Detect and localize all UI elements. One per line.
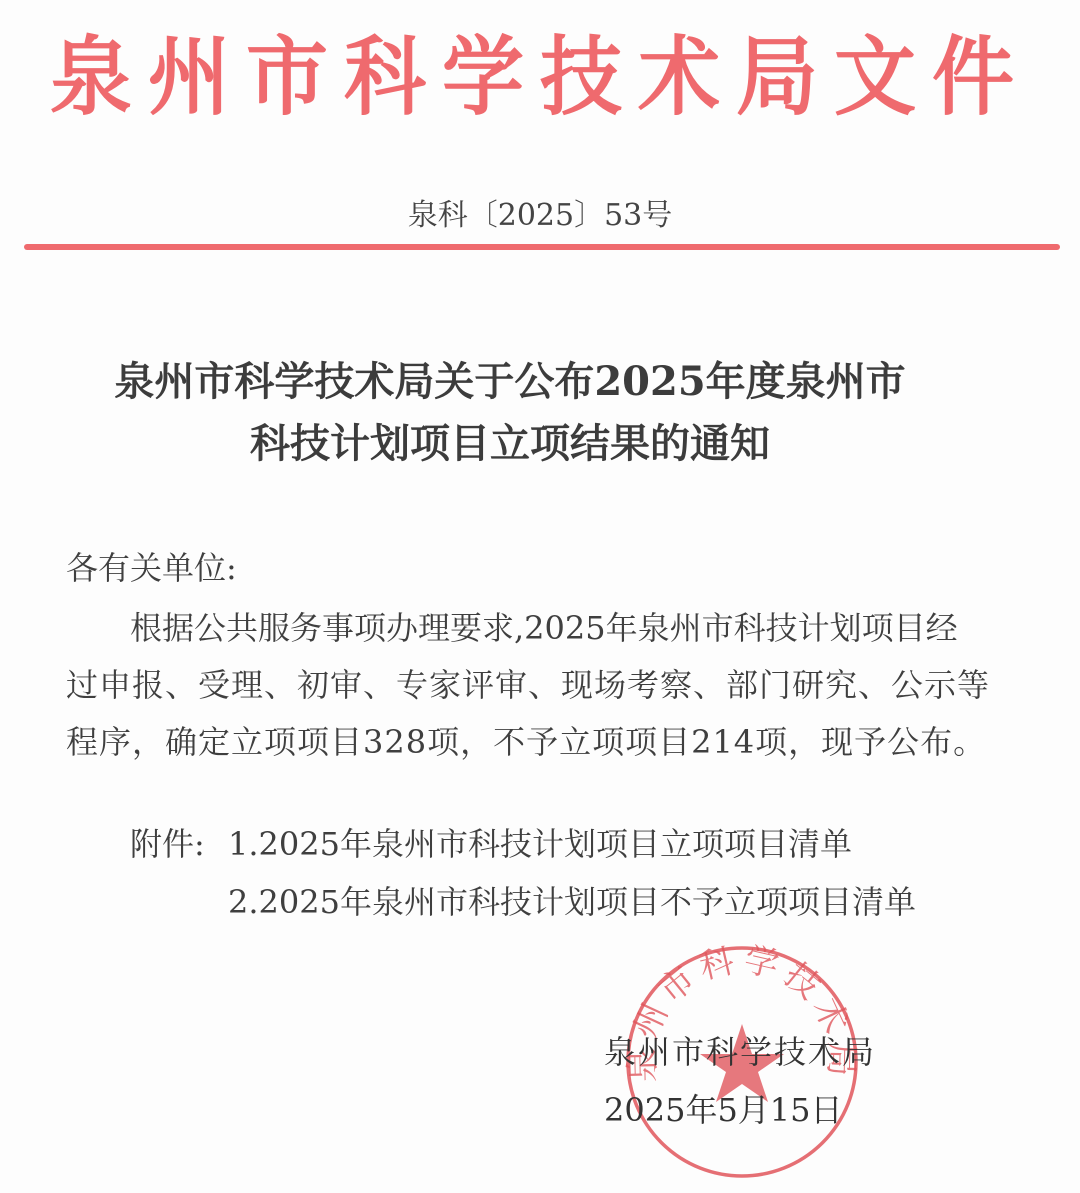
issuer-name: 泉州市科学技术局 bbox=[604, 1030, 876, 1074]
notice-title-line-2: 科技计划项目立项结果的通知 bbox=[0, 416, 1050, 472]
body-paragraph-line-3: 程序，确定立项项目328项，不予立项项目214项，现予公布。 bbox=[66, 720, 986, 764]
issue-date: 2025年5月15日 bbox=[604, 1088, 843, 1132]
attachments-label: 附件: bbox=[130, 822, 205, 866]
attachment-item-2: 2.2025年泉州市科技计划项目不予立项项目清单 bbox=[228, 880, 916, 924]
red-divider-line bbox=[24, 244, 1060, 250]
masthead-title: 泉州市科学技术局文件 bbox=[0, 26, 1080, 131]
notice-title-line-1: 泉州市科学技术局关于公布2025年度泉州市 bbox=[0, 354, 1050, 410]
attachment-item-1: 1.2025年泉州市科技计划项目立项项目清单 bbox=[228, 822, 852, 866]
salutation: 各有关单位: bbox=[66, 546, 237, 590]
body-paragraph-line-2: 过申报、受理、初审、专家评审、现场考察、部门研究、公示等 bbox=[66, 663, 990, 707]
body-paragraph-line-1: 根据公共服务事项办理要求,2025年泉州市科技计划项目经 bbox=[66, 606, 958, 650]
document-number: 泉科〔2025〕53号 bbox=[0, 196, 1080, 236]
